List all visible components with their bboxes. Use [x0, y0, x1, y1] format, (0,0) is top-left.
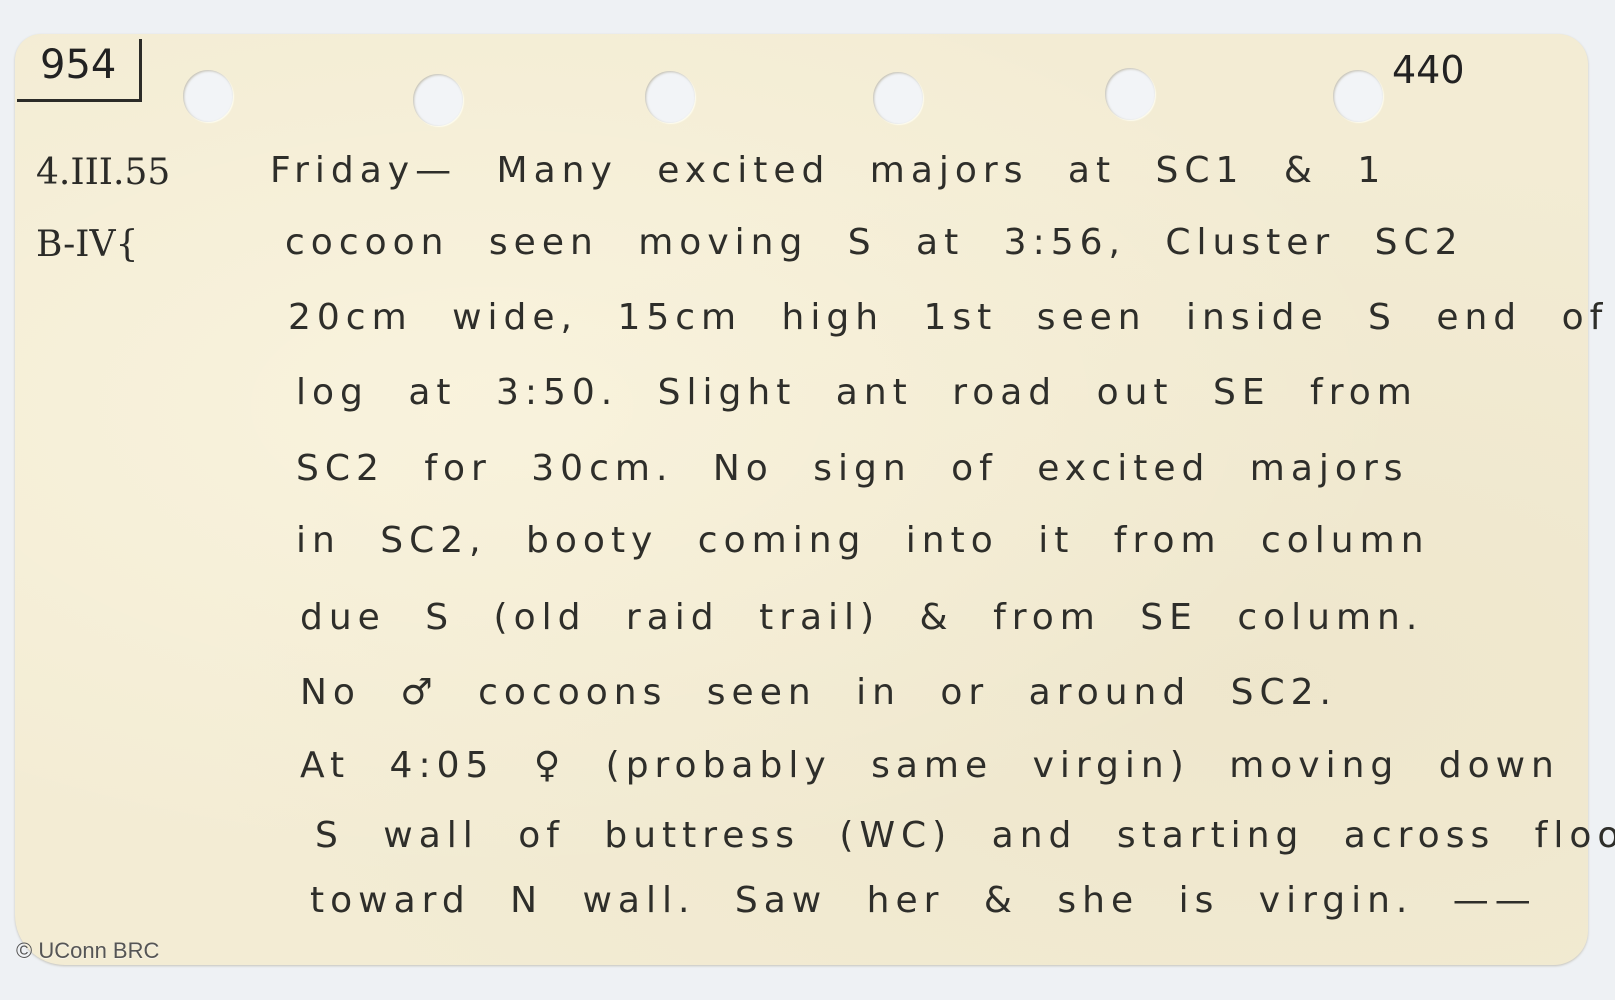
punch-hole	[1105, 68, 1155, 120]
punch-hole	[413, 74, 463, 126]
note-line: Friday— Many excited majors at SC1 & 1	[270, 150, 1386, 191]
note-line: SC2 for 30cm. No sign of excited majors	[296, 448, 1409, 489]
entry-date: 4.III.55	[36, 152, 170, 193]
note-line: log at 3:50. Slight ant road out SE from	[296, 372, 1418, 413]
punch-hole	[873, 72, 923, 124]
note-line: No ♂ cocoons seen in or around SC2.	[300, 672, 1337, 713]
catalog-number: 954	[40, 42, 116, 88]
punch-hole	[645, 71, 695, 123]
note-line: in SC2, booty coming into it from column	[296, 520, 1430, 561]
note-line: cocoon seen moving S at 3:56, Cluster SC…	[285, 222, 1464, 263]
punch-hole	[1333, 70, 1383, 122]
note-line: S wall of buttress (WC) and starting acr…	[315, 815, 1615, 856]
note-line: toward N wall. Saw her & she is virgin. …	[310, 880, 1537, 921]
copyright-watermark: © UConn BRC	[16, 938, 159, 964]
note-line: due S (old raid trail) & from SE column.	[300, 597, 1423, 638]
page-number: 440	[1392, 48, 1465, 92]
colony-label: B-IV{	[36, 224, 138, 265]
note-line: At 4:05 ♀ (probably same virgin) moving …	[300, 745, 1560, 786]
note-line: 20cm wide, 15cm high 1st seen inside S e…	[288, 297, 1608, 338]
punch-hole	[183, 70, 233, 122]
